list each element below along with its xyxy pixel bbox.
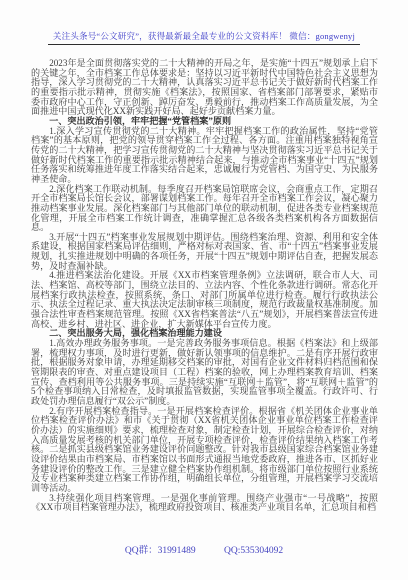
body-paragraph: 2.深化档案工作联动机制。每季度召开档案局馆联席会议，会商重点工作，定期召开全市… [31,185,378,233]
page-header: 关注头条号“公文研究”，获得最新最全最专业的公文资料库！ 微信：gongweny… [0,26,408,45]
body-paragraph: 3.持续强化项目档案管理。一是强化事前管理。围绕产业强市“一号战略”，按照《XX… [31,494,378,513]
body-paragraph: 1.深入学习宣传贯彻党的二十大精神。牢牢把握档案工作的政治属性，坚持“党管档案”… [31,127,378,185]
body-paragraph: 3.开展“十四五”档案事业发展规划中期评估。围绕档案治理、资源、利用和安全体系建… [31,233,378,272]
body-paragraph: 4.推进档案法治化建设。开展《XX市档案管理条例》立法调研，联合市人大、司法、档… [31,271,378,329]
page-footer: QQ群：31991489 QQ:535304092 [0,545,408,557]
body-paragraph: 2.有序开展档案检查指导。一是开展档案检查评价。根据省《机关团体企业事业单位档案… [31,407,378,494]
header-banner-text: 关注头条号“公文研究”，获得最新最全最专业的公文资料库！ 微信：gongweny… [48,31,360,45]
body-paragraph: 2023年是全面贯彻落实党的二十大精神的开局之年，是实施“十四五”规划承上启下的… [31,59,378,117]
document-body: 2023年是全面贯彻落实党的二十大精神的开局之年，是实施“十四五”规划承上启下的… [31,59,378,513]
qq-number: QQ:535304092 [224,546,283,556]
document-page: 关注头条号“公文研究”，获得最新最全最专业的公文资料库！ 微信：gongweny… [0,0,408,580]
body-paragraph: 1.高效办理政务服务事项。一是完善政务服务事项信息。根据《档案法》和上级部署，梳… [31,339,378,407]
qq-group-number: QQ群：31991489 [125,546,196,556]
